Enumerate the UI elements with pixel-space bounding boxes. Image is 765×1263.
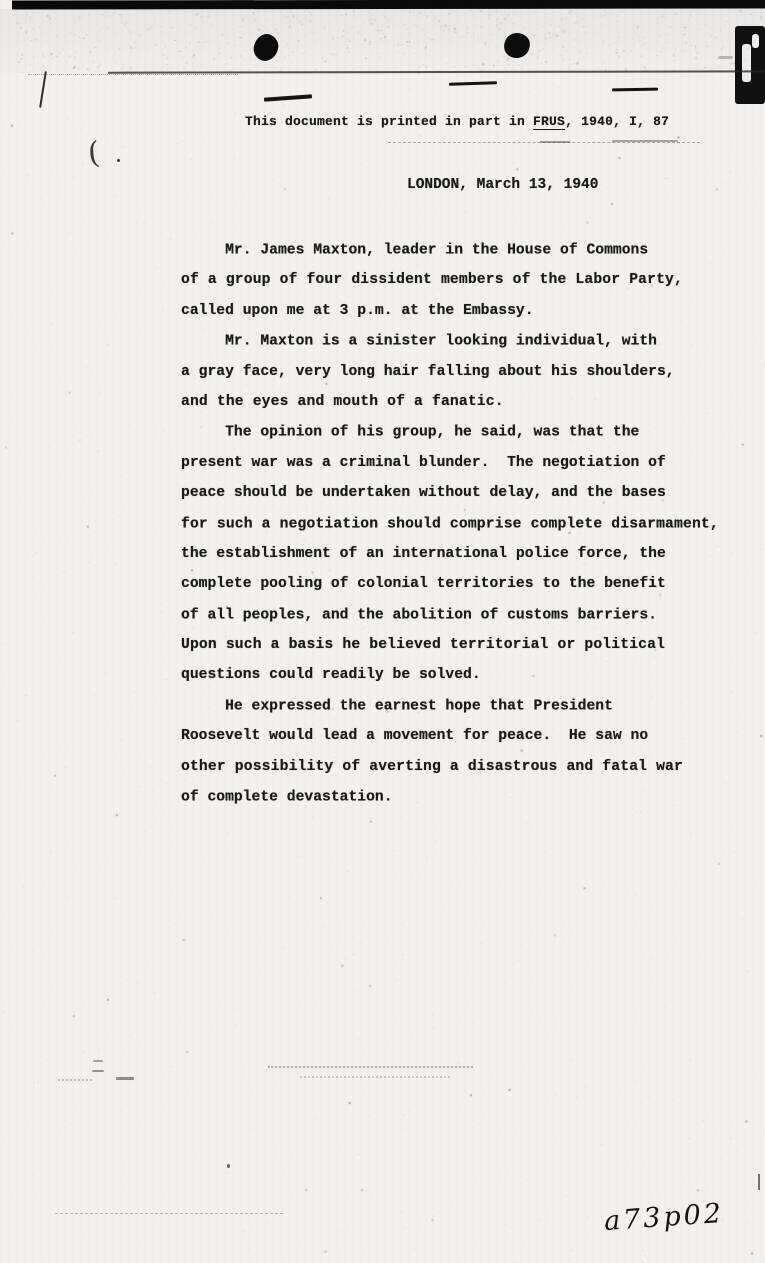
text-line: of complete devastation. bbox=[181, 782, 726, 812]
frus-citation-reference: FRUS bbox=[533, 114, 565, 130]
pen-dash-mark bbox=[449, 81, 497, 86]
faded-mark bbox=[92, 1070, 104, 1072]
text-line: complete pooling of colonial territories… bbox=[181, 569, 726, 599]
pen-dash-mark bbox=[264, 94, 312, 101]
scan-shadow-band bbox=[0, 9, 765, 73]
corner-clip-mark bbox=[735, 26, 765, 104]
faded-speckle-row bbox=[268, 1066, 473, 1068]
faded-speckle-row bbox=[300, 1076, 450, 1078]
scanned-document-page: ( This document is printed in part in FR… bbox=[0, 0, 765, 1263]
edge-mark bbox=[758, 1174, 760, 1190]
faded-mark bbox=[93, 1060, 103, 1062]
text-line: of all peoples, and the abolition of cus… bbox=[181, 600, 726, 630]
handwritten-code: a73p02 bbox=[603, 1198, 725, 1237]
text-line: The opinion of his group, he said, was t… bbox=[181, 418, 726, 448]
dateline: LONDON, March 13, 1940 bbox=[407, 177, 598, 193]
text-line: a gray face, very long hair falling abou… bbox=[181, 357, 726, 387]
faded-speckle-row bbox=[58, 1079, 92, 1081]
text-line: other possibility of averting a disastro… bbox=[181, 752, 726, 782]
scan-rule-dots bbox=[28, 74, 238, 75]
text-line: Roosevelt would lead a movement for peac… bbox=[181, 721, 726, 751]
frus-citation-prefix: This document is printed in part in bbox=[245, 114, 533, 129]
faded-rule-dash bbox=[540, 141, 570, 143]
text-line: Mr. James Maxton, leader in the House of… bbox=[181, 235, 726, 265]
corner-clip-highlight bbox=[752, 34, 759, 48]
corner-side-smudge bbox=[718, 56, 733, 59]
text-line: the establishment of an international po… bbox=[181, 539, 726, 569]
frus-citation: This document is printed in part in FRUS… bbox=[245, 114, 669, 129]
pen-slash-mark bbox=[39, 71, 47, 108]
text-line: Upon such a basis he believed territoria… bbox=[181, 630, 726, 660]
document-body: Mr. James Maxton, leader in the House of… bbox=[181, 235, 726, 812]
text-line: questions could readily be solved. bbox=[181, 660, 726, 690]
text-line: and the eyes and mouth of a fanatic. bbox=[181, 387, 726, 417]
frus-citation-suffix: , 1940, I, 87 bbox=[565, 114, 669, 129]
corner-clip-highlight bbox=[742, 44, 751, 82]
text-line: called upon me at 3 p.m. at the Embassy. bbox=[181, 296, 726, 326]
pen-paren-mark: ( bbox=[86, 135, 101, 171]
text-line: peace should be undertaken without delay… bbox=[181, 478, 726, 508]
faded-bottom-rule bbox=[55, 1213, 283, 1214]
text-line: for such a negotiation should comprise c… bbox=[181, 509, 726, 539]
pen-dot-mark bbox=[117, 159, 120, 162]
text-line: of a group of four dissident members of … bbox=[181, 265, 726, 295]
text-line: Mr. Maxton is a sinister looking individ… bbox=[181, 327, 726, 357]
pen-dash-mark bbox=[612, 88, 658, 92]
text-line: present war was a criminal blunder. The … bbox=[181, 448, 726, 478]
text-line: He expressed the earnest hope that Presi… bbox=[181, 691, 726, 721]
faded-mark bbox=[116, 1077, 134, 1080]
ink-speck bbox=[227, 1164, 230, 1168]
faded-rule-dash bbox=[612, 140, 678, 142]
